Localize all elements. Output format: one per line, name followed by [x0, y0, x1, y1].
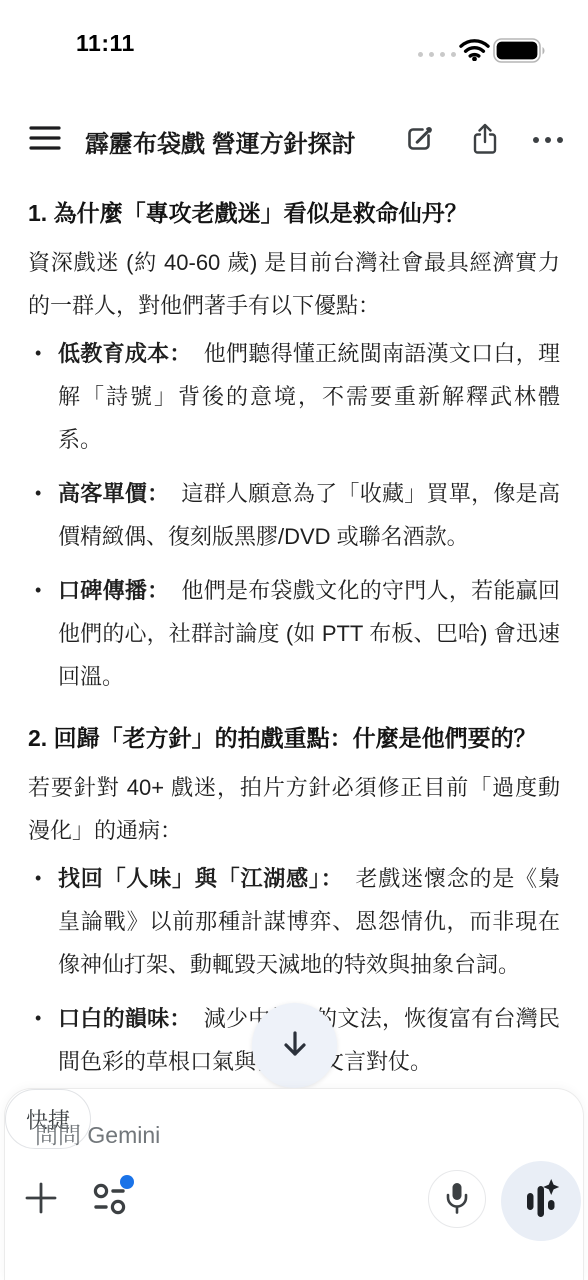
response-section-1: 1. 為什麼「專攻老戲迷」看似是救命仙丹？ 資深戲迷 (約 40-60 歲) 是…	[28, 197, 560, 698]
tools-button[interactable]	[85, 1173, 137, 1225]
voice-input-button[interactable]	[428, 1170, 486, 1228]
battery-icon	[493, 38, 547, 69]
prompt-input[interactable]: 問問 Gemini	[35, 1117, 160, 1150]
app-header: 霹靂布袋戲 營運方針探討	[0, 108, 588, 170]
gemini-app-screen: 11:11	[0, 0, 588, 1280]
composer-card: 問問 Gemini 快捷	[4, 1088, 584, 1280]
waveform-sparkle-icon	[521, 1178, 561, 1225]
cellular-signal-icon	[418, 52, 456, 57]
list-item: 找回「人味」與「江湖感」：老戲迷懷念的是《梟皇論戰》以前那種計謀博弈、恩怨情仇，…	[28, 857, 560, 986]
down-arrow-icon	[278, 1027, 312, 1064]
wifi-icon	[459, 38, 490, 66]
list-item: 高客單價：這群人願意為了「收藏」買單，像是高價精緻偶、復刻版黑膠/DVD 或聯名…	[28, 472, 560, 558]
hamburger-icon	[29, 125, 61, 154]
scroll-to-bottom-button[interactable]	[252, 1003, 337, 1088]
add-attachment-button[interactable]	[17, 1175, 65, 1223]
menu-button[interactable]	[28, 122, 62, 156]
list-item: 口碑傳播：他們是布袋戲文化的守門人，若能贏回他們的心，社群討論度 (如 PTT …	[28, 569, 560, 698]
microphone-icon	[443, 1181, 471, 1218]
chat-title: 霹靂布袋戲 營運方針探討	[85, 124, 356, 159]
section-intro: 資深戲迷 (約 40-60 歲) 是目前台灣社會最具經濟實力的一群人，對他們著手…	[28, 241, 560, 327]
notification-dot	[120, 1175, 134, 1189]
gemini-live-button[interactable]	[501, 1161, 581, 1241]
ellipsis-icon	[531, 133, 565, 148]
section-heading: 1. 為什麼「專攻老戲迷」看似是救命仙丹？	[28, 197, 560, 229]
chat-response: 1. 為什麼「專攻老戲迷」看似是救命仙丹？ 資深戲迷 (約 40-60 歲) 是…	[28, 197, 560, 1107]
clock-time: 11:11	[76, 30, 135, 57]
share-icon	[470, 122, 500, 159]
new-chat-button[interactable]	[400, 120, 440, 160]
section-intro: 若要針對 40+ 戲迷，拍片方針必須修正目前「過度動漫化」的通病：	[28, 766, 560, 852]
status-bar: 11:11	[0, 0, 588, 72]
bullet-list: 低教育成本：他們聽得懂正統閩南語漢文口白，理解「詩號」背後的意境，不需要重新解釋…	[28, 332, 560, 698]
compose-icon	[404, 123, 436, 158]
plus-icon	[25, 1182, 57, 1217]
share-button[interactable]	[465, 120, 505, 160]
section-heading: 2. 回歸「老方針」的拍戲重點：什麼是他們要的？	[28, 722, 560, 754]
list-item: 低教育成本：他們聽得懂正統閩南語漢文口白，理解「詩號」背後的意境，不需要重新解釋…	[28, 332, 560, 461]
more-options-button[interactable]	[528, 120, 568, 160]
